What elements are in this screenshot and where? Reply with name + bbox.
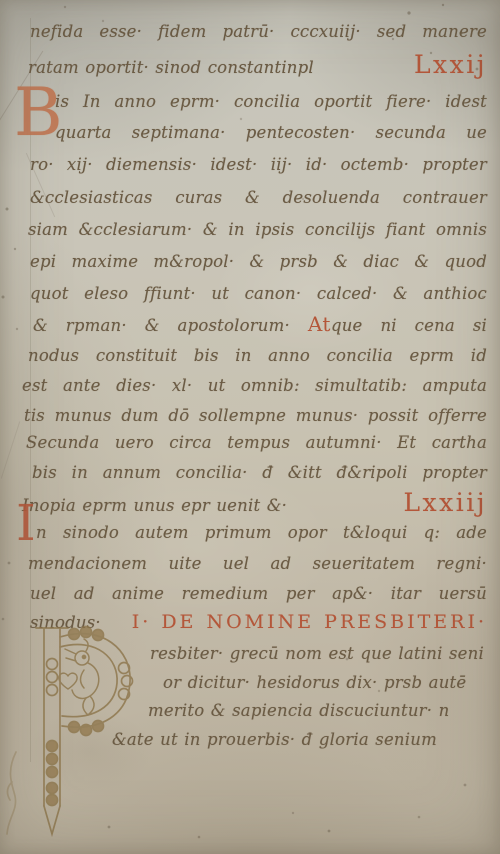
text-segment: sinodus· — [30, 611, 101, 635]
manuscript-page: nefida esse· fidem patrū· cccxuiij· sed … — [0, 0, 500, 854]
text-line: ro· xij· diemensis· idest· iij· id· octe… — [30, 153, 487, 179]
initial-i: I — [16, 498, 36, 548]
text-segment: Lxxij — [414, 53, 487, 77]
text-line: or dicitur· hesidorus dix· prsb autē — [163, 671, 487, 695]
text-line: & rpman· & apostolorum· Atque ni cena si — [33, 312, 487, 338]
text-line: tis munus dum dō sollempne munus· possit… — [24, 404, 487, 430]
text-segment: is In anno eprm· concilia oportit fiere·… — [55, 92, 487, 111]
text-line: siam &cclesiarum· & in ipsis concilijs f… — [28, 218, 487, 244]
text-segment: uel ad anime remedium per ap&· itar uers… — [30, 584, 487, 603]
text-segment: ro· xij· diemensis· idest· iij· id· octe… — [30, 155, 487, 174]
text-line: quot eleso ffiunt· ut canon· calced· & a… — [30, 282, 487, 308]
text-line: est ante dies· xl· ut omnib: simultatib:… — [22, 374, 487, 400]
text-line: Inopia eprm unus epr uenit &·Lxxiij — [22, 491, 487, 515]
text-line: nefida esse· fidem patrū· cccxuiij· sed … — [30, 20, 487, 46]
text-line: uel ad anime remedium per ap&· itar uers… — [30, 582, 487, 608]
text-line: &cclesiasticas curas & desoluenda contra… — [30, 186, 487, 212]
text-segment: est ante dies· xl· ut omnib: simultatib:… — [22, 376, 487, 395]
text-line: nodus constituit bis in anno concilia ep… — [28, 344, 487, 370]
text-segment: Lxxiij — [403, 491, 487, 515]
text-line: n sinodo autem primum opor t&loqui q: ad… — [36, 521, 487, 547]
text-segment: nodus constituit bis in anno concilia ep… — [28, 346, 487, 365]
text-segment: Secunda uero circa tempus autumni· Et ca… — [26, 433, 487, 452]
text-line: is In anno eprm· concilia oportit fiere·… — [55, 90, 487, 116]
text-line: quarta septimana· pentecosten· secunda u… — [55, 121, 487, 147]
text-line: epi maxime m&ropol· & prsb & diac & quod — [30, 250, 487, 276]
text-line: ratam oportit· sinod constantinplLxxij — [28, 53, 487, 77]
text-line: mendacionem uite uel ad seueritatem regn… — [28, 552, 487, 578]
text-segment: At — [308, 312, 331, 336]
text-segment: resbiter· grecū nom est que latini seni — [150, 644, 484, 663]
text-segment: &ate ut in prouerbis· đ gloria senium — [112, 730, 437, 749]
text-segment: & rpman· & apostolorum· — [33, 316, 308, 335]
text-line: &ate ut in prouerbis· đ gloria senium — [112, 728, 487, 752]
text-segment: bis in annum concilia· đ &itt đ&ripoli p… — [32, 463, 487, 482]
text-line: Secunda uero circa tempus autumni· Et ca… — [26, 431, 487, 457]
text-segment: que ni cena si — [331, 316, 487, 335]
text-segment: or dicitur· hesidorus dix· prsb autē — [163, 673, 466, 692]
text-segment: ratam oportit· sinod constantinpl — [28, 56, 314, 80]
text-segment: tis munus dum dō sollempne munus· possit… — [24, 406, 487, 425]
text-segment: mendacionem uite uel ad seueritatem regn… — [28, 554, 487, 573]
text-line: sinodus·I· DE NOMINE PRESBITERI· — [30, 610, 487, 634]
text-line: bis in annum concilia· đ &itt đ&ripoli p… — [32, 461, 487, 487]
text-segment: Inopia eprm unus epr uenit &· — [22, 494, 287, 518]
text-line: resbiter· grecū nom est que latini seni — [150, 642, 487, 666]
text-segment: quot eleso ffiunt· ut canon· calced· & a… — [30, 284, 487, 303]
text-segment: nefida esse· fidem patrū· cccxuiij· sed … — [30, 22, 487, 41]
text-segment: siam &cclesiarum· & in ipsis concilijs f… — [28, 220, 487, 239]
text-segment: epi maxime m&ropol· & prsb & diac & quod — [30, 252, 487, 271]
text-segment: &cclesiasticas curas & desoluenda contra… — [30, 188, 487, 207]
text-segment: quarta septimana· pentecosten· secunda u… — [55, 123, 487, 142]
text-block: nefida esse· fidem patrū· cccxuiij· sed … — [0, 0, 500, 854]
text-segment: n sinodo autem primum opor t&loqui q: ad… — [36, 523, 487, 542]
text-segment: merito & sapiencia discuciuntur· n — [148, 701, 449, 720]
initial-b: B — [14, 80, 63, 146]
text-line: merito & sapiencia discuciuntur· n — [148, 699, 487, 723]
text-segment: I· DE NOMINE PRESBITERI· — [132, 610, 487, 634]
